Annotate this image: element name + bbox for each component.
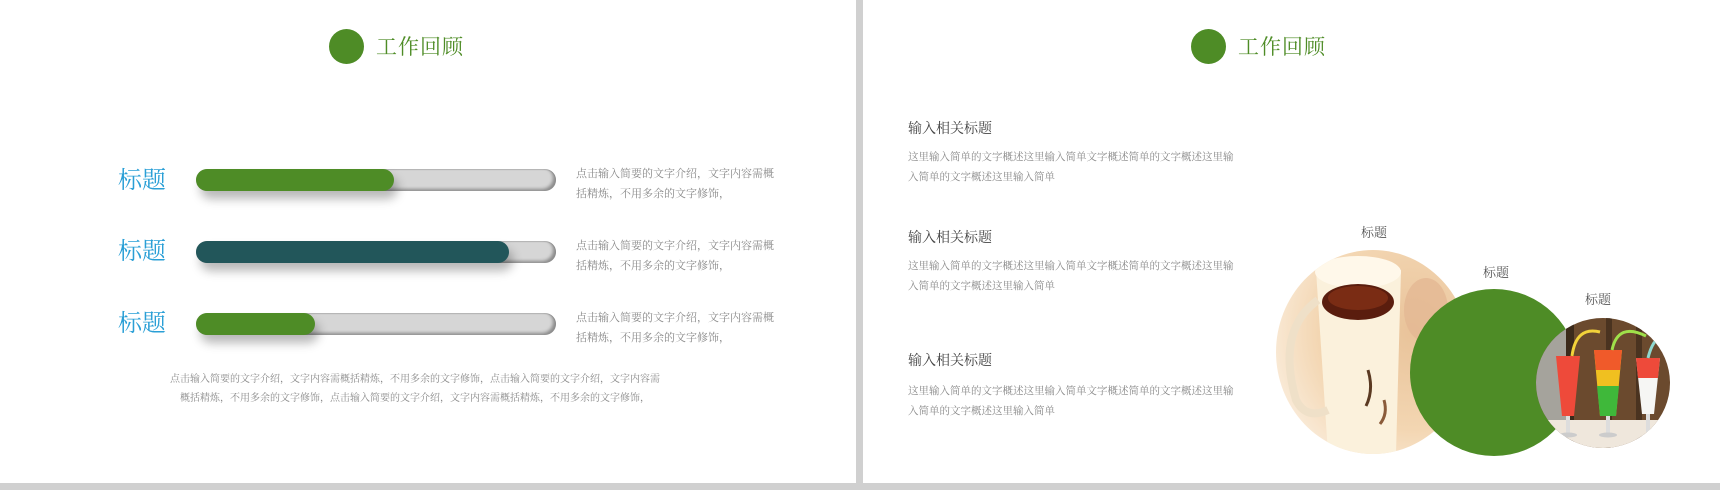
slide-work-review-images: 工作回顾 输入相关标题 这里输入简单的文字概述这里输入简单文字概述简单的文字概述… — [863, 0, 1720, 483]
slide-title-text: 工作回顾 — [376, 31, 464, 61]
section-line: 这里输入简单的文字概述这里输入简单文字概述简单的文字概述这里输 — [908, 256, 1248, 276]
circle-label: 标题 — [1585, 289, 1611, 308]
cocktails-icon — [1536, 318, 1670, 448]
slide-title: 工作回顾 — [329, 28, 464, 64]
progress-bar — [196, 313, 556, 335]
section-line: 这里输入简单的文字概述这里输入简单文字概述简单的文字概述这里输 — [908, 147, 1248, 167]
title-dot-icon — [1191, 29, 1226, 64]
progress-bar — [196, 169, 556, 191]
slide-work-review-progress: 工作回顾 标题 点击输入简要的文字介绍，文字内容需概 括精炼，不用多余的文字修饰… — [0, 0, 856, 483]
section-line: 入简单的文字概述这里输入简单 — [908, 167, 1248, 187]
cocktails-image — [1536, 318, 1670, 448]
progress-bar-fill — [196, 313, 315, 335]
bar-label: 标题 — [118, 231, 166, 266]
section-body: 这里输入简单的文字概述这里输入简单文字概述简单的文字概述这里输 入简单的文字概述… — [908, 256, 1248, 296]
section-line: 入简单的文字概述这里输入简单 — [908, 276, 1248, 296]
bar-description: 点击输入简要的文字介绍，文字内容需概 括精炼，不用多余的文字修饰， — [576, 308, 776, 348]
description-line: 点击输入简要的文字介绍，文字内容需概 — [576, 164, 776, 184]
circle-label: 标题 — [1483, 262, 1509, 281]
description-line: 点击输入简要的文字介绍，文字内容需概 — [576, 308, 776, 328]
progress-bar-fill — [196, 169, 394, 191]
bar-description: 点击输入简要的文字介绍，文字内容需概 括精炼，不用多余的文字修饰， — [576, 236, 776, 276]
description-line: 括精炼，不用多余的文字修饰， — [576, 184, 776, 204]
bar-label: 标题 — [118, 160, 166, 195]
section-line: 入简单的文字概述这里输入简单 — [908, 401, 1248, 421]
progress-bar-fill — [196, 241, 509, 263]
slide-title: 工作回顾 — [1191, 28, 1326, 64]
circle-label: 标题 — [1361, 222, 1387, 241]
summary-line: 点击输入简要的文字介绍，文字内容需概括精炼，不用多余的文字修饰，点击输入简要的文… — [170, 370, 660, 389]
slide-title-text: 工作回顾 — [1238, 31, 1326, 61]
bar-label: 标题 — [118, 303, 166, 338]
description-line: 点击输入简要的文字介绍，文字内容需概 — [576, 236, 776, 256]
title-dot-icon — [329, 29, 364, 64]
summary-line: 概括精炼，不用多余的文字修饰，点击输入简要的文字介绍，文字内容需概括精炼，不用多… — [170, 389, 660, 408]
summary-paragraph: 点击输入简要的文字介绍，文字内容需概括精炼，不用多余的文字修饰，点击输入简要的文… — [170, 370, 660, 408]
bar-description: 点击输入简要的文字介绍，文字内容需概 括精炼，不用多余的文字修饰， — [576, 164, 776, 204]
section-body: 这里输入简单的文字概述这里输入简单文字概述简单的文字概述这里输 入简单的文字概述… — [908, 381, 1248, 421]
section-line: 这里输入简单的文字概述这里输入简单文字概述简单的文字概述这里输 — [908, 381, 1248, 401]
description-line: 括精炼，不用多余的文字修饰， — [576, 256, 776, 276]
section-heading: 输入相关标题 — [908, 350, 992, 370]
section-body: 这里输入简单的文字概述这里输入简单文字概述简单的文字概述这里输 入简单的文字概述… — [908, 147, 1248, 187]
section-heading: 输入相关标题 — [908, 118, 992, 138]
progress-bar — [196, 241, 556, 263]
section-heading: 输入相关标题 — [908, 227, 992, 247]
description-line: 括精炼，不用多余的文字修饰， — [576, 328, 776, 348]
